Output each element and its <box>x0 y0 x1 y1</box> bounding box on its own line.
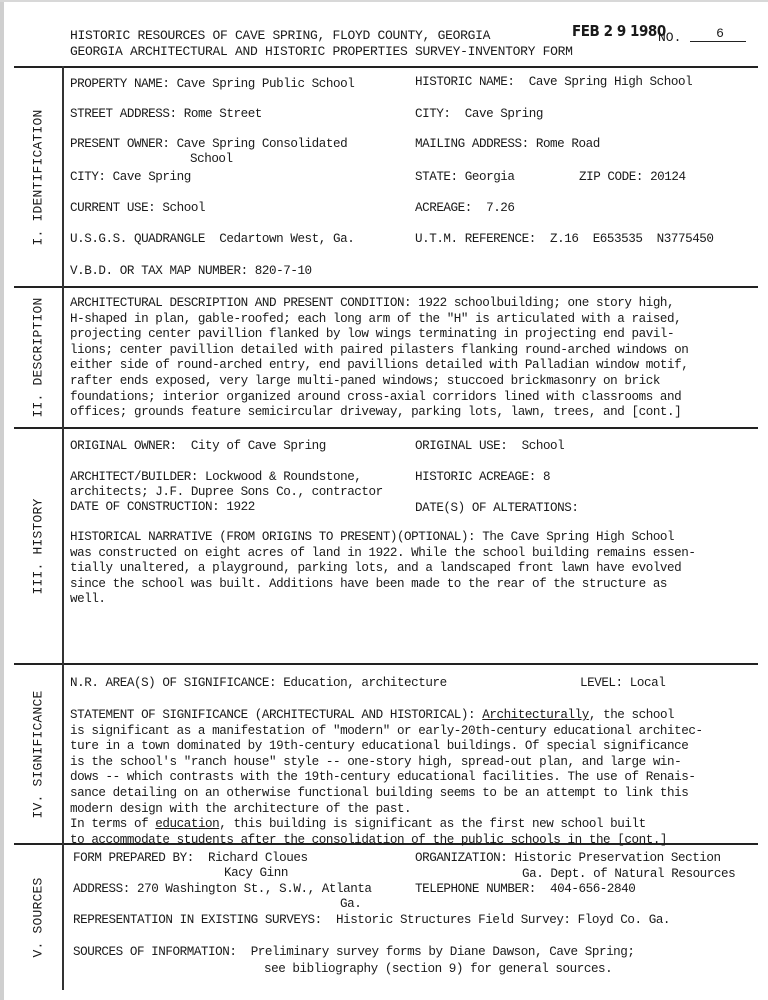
section-label-history: III. HISTORY <box>14 429 62 663</box>
historical-narrative: HISTORICAL NARRATIVE (FROM ORIGINS TO PR… <box>70 530 760 608</box>
date-stamp: FEB 2 9 1980 <box>572 22 666 40</box>
mailing-address-value: Rome Road <box>536 137 600 151</box>
telephone-value: 404-656-2840 <box>550 882 635 896</box>
sources-of-information-value-line2: see bibliography (section 9) for general… <box>264 962 612 978</box>
original-use-value: School <box>522 439 565 453</box>
historic-name-field: HISTORIC NAME: Cave Spring High School <box>415 75 692 91</box>
historical-narrative-label: HISTORICAL NARRATIVE (FROM ORIGINS TO PR… <box>70 530 475 544</box>
state-field: STATE: Georgia <box>415 170 515 186</box>
prepared-by-value-line2: Kacy Ginn <box>224 866 288 882</box>
form-title-line1: HISTORIC RESOURCES OF CAVE SPRING, FLOYD… <box>70 28 490 44</box>
original-use-field: ORIGINAL USE: School <box>415 439 564 455</box>
alterations-field: DATE(S) OF ALTERATIONS: <box>415 501 586 517</box>
zip-field: ZIP CODE: 20124 <box>579 170 686 186</box>
organization-field: ORGANIZATION: Historic Preservation Sect… <box>415 851 721 867</box>
historic-acreage-value: 8 <box>543 470 550 484</box>
architectural-description: ARCHITECTURAL DESCRIPTION AND PRESENT CO… <box>70 296 760 421</box>
property-name-value: Cave Spring Public School <box>177 77 355 91</box>
construction-date-field: DATE OF CONSTRUCTION: 1922 <box>70 500 255 516</box>
statement-of-significance-label: STATEMENT OF SIGNIFICANCE (ARCHITECTURAL… <box>70 708 475 722</box>
utm-reference-value: Z.16 E653535 N3775450 <box>550 232 713 246</box>
divider-description <box>14 427 758 429</box>
architectural-description-label: ARCHITECTURAL DESCRIPTION AND PRESENT CO… <box>70 296 411 310</box>
divider-history <box>14 663 758 665</box>
original-owner-value: City of Cave Spring <box>191 439 326 453</box>
tax-map-field: V.B.D. OR TAX MAP NUMBER: 820-7-10 <box>70 264 312 280</box>
section-label-description: II. DESCRIPTION <box>14 288 62 427</box>
representation-value: Historic Structures Field Survey: Floyd … <box>336 913 670 927</box>
owner-city-value: Cave Spring <box>113 170 191 184</box>
address-value-line2: Ga. <box>340 897 361 913</box>
organization-value-line2: Ga. Dept. of Natural Resources <box>522 867 735 883</box>
usgs-quadrangle-field: U.S.G.S. QUADRANGLE Cedartown West, Ga. <box>70 232 354 248</box>
usgs-quadrangle-value: Cedartown West, Ga. <box>219 232 354 246</box>
architecturally-underlined: Architecturally <box>482 708 589 722</box>
present-owner-field: PRESENT OWNER: Cave Spring Consolidated <box>70 137 347 153</box>
section-column-divider <box>62 66 64 990</box>
statement-of-significance: STATEMENT OF SIGNIFICANCE (ARCHITECTURAL… <box>70 708 760 848</box>
areas-of-significance-value: Education, architecture <box>283 676 446 690</box>
section-label-sources: V. SOURCES <box>14 845 62 990</box>
city-value: Cave Spring <box>465 107 543 121</box>
divider-top <box>14 66 758 68</box>
tax-map-value: 820-7-10 <box>255 264 312 278</box>
form-title-line2: GEORGIA ARCHITECTURAL AND HISTORIC PROPE… <box>70 44 573 60</box>
architect-builder-value: Lockwood & Roundstone, <box>205 470 361 484</box>
level-field: LEVEL: Local <box>580 676 665 692</box>
level-value: Local <box>630 676 666 690</box>
historic-name-value: Cave Spring High School <box>529 75 692 89</box>
city-field: CITY: Cave Spring <box>415 107 543 123</box>
form-number-label: NO. <box>658 30 681 45</box>
education-underlined: education <box>155 817 219 831</box>
sources-of-information-value: Preliminary survey forms by Diane Dawson… <box>251 945 635 959</box>
architect-builder-field: ARCHITECT/BUILDER: Lockwood & Roundstone… <box>70 470 361 486</box>
address-field: ADDRESS: 270 Washington St., S.W., Atlan… <box>73 882 372 898</box>
telephone-field: TELEPHONE NUMBER: 404-656-2840 <box>415 882 635 898</box>
address-value: 270 Washington St., S.W., Atlanta <box>137 882 372 896</box>
state-value: Georgia <box>465 170 515 184</box>
historic-acreage-field: HISTORIC ACREAGE: 8 <box>415 470 550 486</box>
acreage-field: ACREAGE: 7.26 <box>415 201 515 217</box>
acreage-value: 7.26 <box>486 201 514 215</box>
utm-reference-field: U.T.M. REFERENCE: Z.16 E653535 N3775450 <box>415 232 714 248</box>
representation-field: REPRESENTATION IN EXISTING SURVEYS: Hist… <box>73 913 670 929</box>
construction-date-value: 1922 <box>226 500 254 514</box>
street-address-value: Rome Street <box>184 107 262 121</box>
page-edge-top <box>0 0 768 2</box>
mailing-address-field: MAILING ADDRESS: Rome Road <box>415 137 600 153</box>
statement-text-part1: , the school is significant as a manifes… <box>70 708 703 831</box>
architect-builder-value-line2: architects; J.F. Dupree Sons Co., contra… <box>70 485 383 501</box>
form-number-value: 6 <box>690 26 746 42</box>
present-owner-value: Cave Spring Consolidated <box>177 137 348 151</box>
section-label-significance: IV. SIGNIFICANCE <box>14 665 62 843</box>
prepared-by-value: Richard Cloues <box>208 851 308 865</box>
current-use-field: CURRENT USE: School <box>70 201 205 217</box>
street-address-field: STREET ADDRESS: Rome Street <box>70 107 262 123</box>
property-name-field: PROPERTY NAME: Cave Spring Public School <box>70 77 354 93</box>
zip-value: 20124 <box>650 170 686 184</box>
divider-identification <box>14 286 758 288</box>
architectural-description-text: 1922 schoolbuilding; one story high, H-s… <box>70 296 688 419</box>
present-owner-value-line2: School <box>190 152 233 168</box>
original-owner-field: ORIGINAL OWNER: City of Cave Spring <box>70 439 326 455</box>
section-label-identification: I. IDENTIFICATION <box>14 68 62 286</box>
areas-of-significance-field: N.R. AREA(S) OF SIGNIFICANCE: Education,… <box>70 676 447 692</box>
organization-value: Historic Preservation Section <box>515 851 721 865</box>
prepared-by-field: FORM PREPARED BY: Richard Cloues <box>73 851 308 867</box>
sources-of-information-field: SOURCES OF INFORMATION: Preliminary surv… <box>73 945 635 961</box>
owner-city-field: CITY: Cave Spring <box>70 170 191 186</box>
page-edge <box>0 0 4 1000</box>
current-use-value: School <box>162 201 205 215</box>
